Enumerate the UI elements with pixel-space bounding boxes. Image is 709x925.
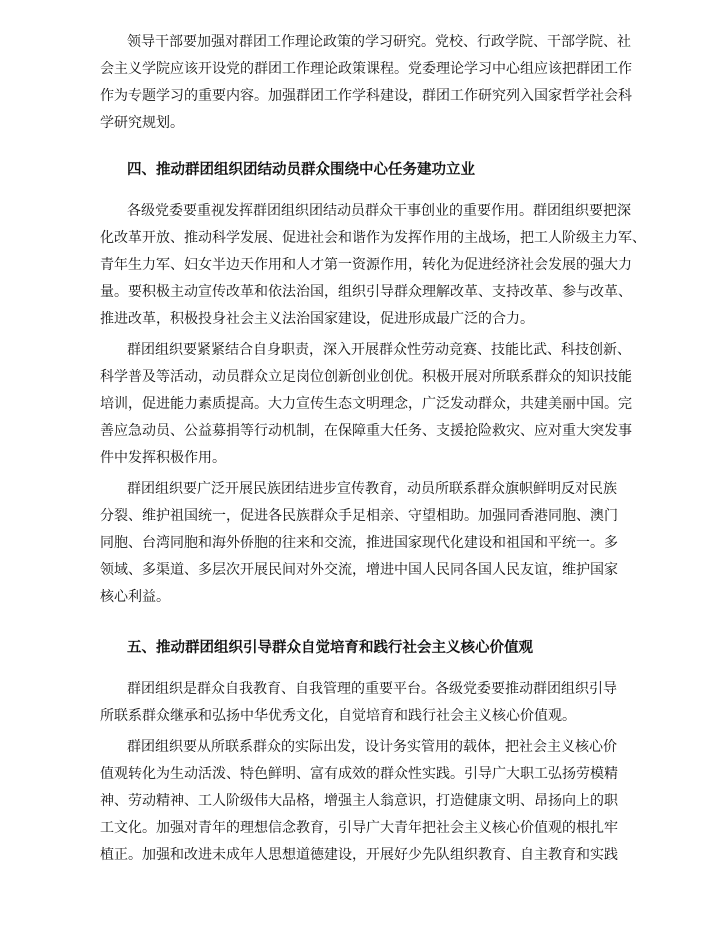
text-line: 所联系群众继承和弘扬中华优秀文化，自觉培育和践行社会主义核心价值观。 [100, 703, 640, 730]
heading-text: 五、推动群团组织引导群众自觉培育和践行社会主义核心价值观 [100, 634, 640, 661]
section-heading-5: 五、推动群团组织引导群众自觉培育和践行社会主义核心价值观 [100, 634, 640, 661]
text-line: 推进改革，积极投身社会主义法治国家建设，促进形成最广泛的合力。 [100, 306, 640, 333]
paragraph-leadership-study: 领导干部要加强对群团工作理论政策的学习研究。党校、行政学院、干部学院、社 会主义… [100, 29, 640, 137]
text-line: 值观转化为生动活泼、特色鲜明、富有成效的群众性实践。引导广大职工弘扬劳模精 [100, 761, 640, 788]
text-line: 各级党委要重视发挥群团组织团结动员群众干事创业的重要作用。群团组织要把深 [100, 198, 640, 225]
paragraph-ethnic-unity: 群团组织要广泛开展民族团结进步宣传教育，动员所联系群众旗帜鲜明反对民族 分裂、维… [100, 476, 640, 611]
text-line: 分裂、维护祖国统一，促进各民族群众手足相亲、守望相助。加强同香港同胞、澳门 [100, 503, 640, 530]
text-line: 植正。加强和改进未成年人思想道德建设，开展好少先队组织教育、自主教育和实践 [100, 842, 640, 869]
text-line: 同胞、台湾同胞和海外侨胞的往来和交流，推进国家现代化建设和祖国和平统一。多 [100, 530, 640, 557]
text-line: 作为专题学习的重要内容。加强群团工作学科建设，群团工作研究列入国家哲学社会科 [100, 83, 640, 110]
text-line: 科学普及等活动，动员群众立足岗位创新创业创优。积极开展对所联系群众的知识技能 [100, 364, 640, 391]
paragraph-labor-competitions: 群团组织要紧紧结合自身职责，深入开展群众性劳动竞赛、技能比武、科技创新、 科学普… [100, 337, 640, 472]
text-line: 件中发挥积极作用。 [100, 445, 640, 472]
text-line: 培训，促进能力素质提高。大力宣传生态文明理念，广泛发动群众，共建美丽中国。完 [100, 391, 640, 418]
text-line: 善应急动员、公益募捐等行动机制，在保障重大任务、支援抢险救灾、应对重大突发事 [100, 418, 640, 445]
text-line: 会主义学院应该开设党的群团工作理论政策课程。党委理论学习中心组应该把群团工作 [100, 56, 640, 83]
paragraph-self-education: 群团组织是群众自我教育、自我管理的重要平台。各级党委要推动群团组织引导 所联系群… [100, 676, 640, 730]
text-line: 群团组织是群众自我教育、自我管理的重要平台。各级党委要推动群团组织引导 [100, 676, 640, 703]
section-heading-4: 四、推动群团组织团结动员群众围绕中心任务建功立业 [100, 156, 640, 183]
text-line: 群团组织要广泛开展民族团结进步宣传教育，动员所联系群众旗帜鲜明反对民族 [100, 476, 640, 503]
text-line: 神、劳动精神、工人阶级伟大品格，增强主人翁意识，打造健康文明、昂扬向上的职 [100, 788, 640, 815]
text-line: 青年生力军、妇女半边天作用和人才第一资源作用，转化为促进经济社会发展的强大力 [100, 252, 640, 279]
text-line: 核心利益。 [100, 584, 640, 611]
text-line: 群团组织要从所联系群众的实际出发，设计务实管用的载体，把社会主义核心价 [100, 734, 640, 761]
text-line: 量。要积极主动宣传改革和依法治国，组织引导群众理解改革、支持改革、参与改革、 [100, 279, 640, 306]
heading-text: 四、推动群团组织团结动员群众围绕中心任务建功立业 [100, 156, 640, 183]
text-line: 学研究规划。 [100, 110, 640, 137]
text-line: 工文化。加强对青年的理想信念教育，引导广大青年把社会主义核心价值观的根扎牢 [100, 815, 640, 842]
text-line: 领导干部要加强对群团工作理论政策的学习研究。党校、行政学院、干部学院、社 [100, 29, 640, 56]
paragraph-party-committees: 各级党委要重视发挥群团组织团结动员群众干事创业的重要作用。群团组织要把深 化改革… [100, 198, 640, 333]
text-line: 化改革开放、推动科学发展、促进社会和谐作为发挥作用的主战场，把工人阶级主力军、 [100, 225, 640, 252]
paragraph-core-values-practice: 群团组织要从所联系群众的实际出发，设计务实管用的载体，把社会主义核心价 值观转化… [100, 734, 640, 869]
text-line: 领域、多渠道、多层次开展民间对外交流，增进中国人民同各国人民友谊，维护国家 [100, 557, 640, 584]
text-line: 群团组织要紧紧结合自身职责，深入开展群众性劳动竞赛、技能比武、科技创新、 [100, 337, 640, 364]
